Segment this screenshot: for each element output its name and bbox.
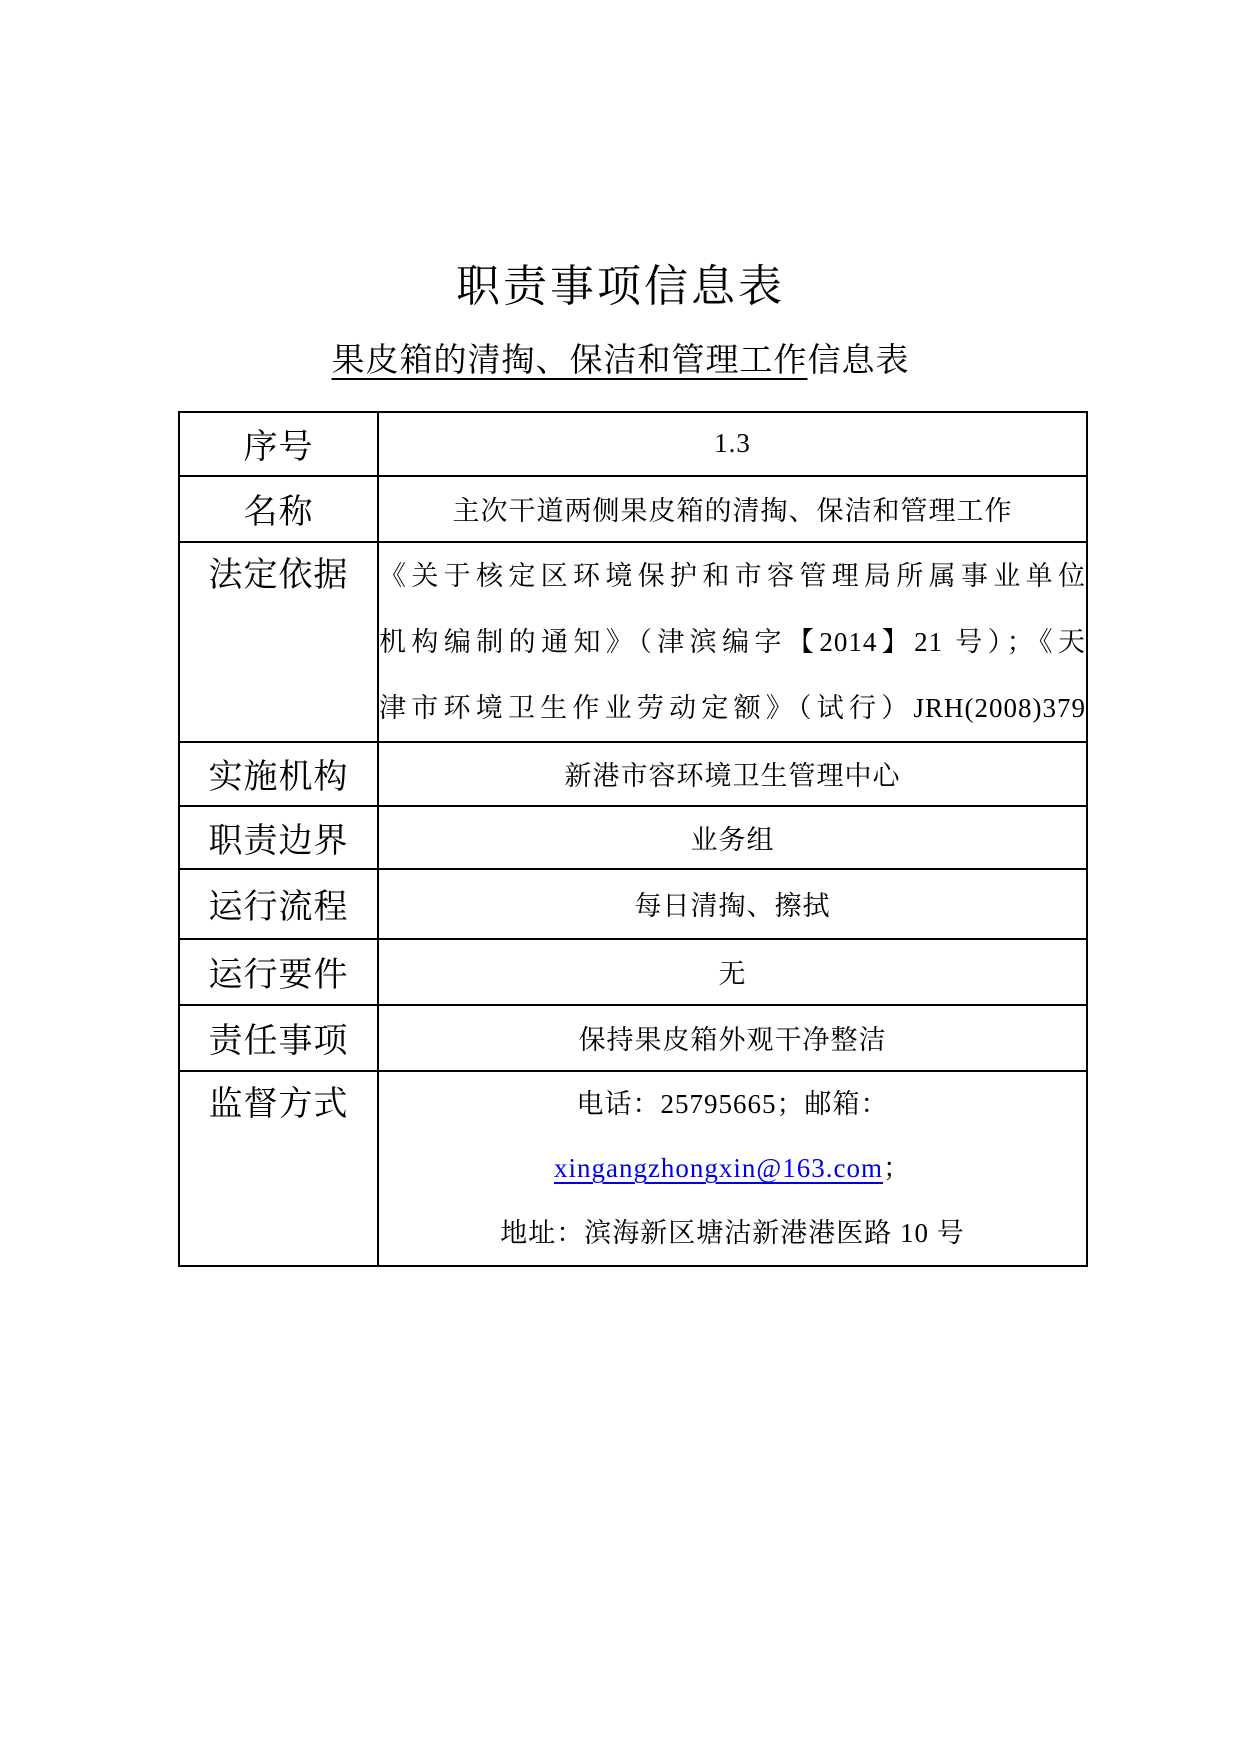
row-value-shishi: 新港市容环境卫生管理中心 (378, 742, 1087, 806)
table-row-zeren: 责任事项 保持果皮箱外观干净整洁 (179, 1005, 1087, 1071)
subtitle-underlined-part: 果皮箱的清掏、保洁和管理工作 (332, 343, 808, 379)
row-value-zhize: 业务组 (378, 806, 1087, 869)
row-label-liucheng: 运行流程 (179, 869, 378, 939)
table-row-jiandu: 监督方式 电话：25795665；邮箱： xingangzhongxin@163… (179, 1071, 1087, 1267)
row-label-zhize: 职责边界 (179, 806, 378, 869)
row-label-fading: 法定依据 (179, 542, 378, 742)
table-row-mingcheng: 名称 主次干道两侧果皮箱的清掏、保洁和管理工作 (179, 476, 1087, 542)
table-subtitle: 果皮箱的清掏、保洁和管理工作信息表 (0, 343, 1241, 381)
page-title: 职责事项信息表 (0, 0, 1241, 313)
supervision-phone-line: 电话：25795665；邮箱： (379, 1072, 1086, 1137)
row-label-mingcheng: 名称 (179, 476, 378, 542)
supervision-address-line: 地址：滨海新区塘沽新港港医路 10 号 (379, 1201, 1086, 1266)
row-value-xuhao: 1.3 (378, 412, 1087, 476)
row-label-zeren: 责任事项 (179, 1005, 378, 1071)
table-row-zhize: 职责边界 业务组 (179, 806, 1087, 869)
legal-basis-line-1: 《关于核定区环境保护和市容管理局所属事业单位 (379, 543, 1086, 609)
row-value-yaojian: 无 (378, 939, 1087, 1005)
table-row-yaojian: 运行要件 无 (179, 939, 1087, 1005)
email-link[interactable]: xingangzhongxin@163.com (554, 1153, 883, 1183)
subtitle-plain-part: 信息表 (808, 343, 910, 379)
row-label-xuhao: 序号 (179, 412, 378, 476)
row-label-jiandu: 监督方式 (179, 1071, 378, 1267)
document-page: 职责事项信息表 果皮箱的清掏、保洁和管理工作信息表 序号 1.3 名称 主次干道… (0, 0, 1241, 1754)
email-suffix: ； (883, 1153, 911, 1183)
table-row-fading: 法定依据 《关于核定区环境保护和市容管理局所属事业单位 机构编制的通知》（津滨编… (179, 542, 1087, 742)
table-row-xuhao: 序号 1.3 (179, 412, 1087, 476)
row-label-yaojian: 运行要件 (179, 939, 378, 1005)
supervision-email-line: xingangzhongxin@163.com； (379, 1136, 1086, 1201)
row-value-fading: 《关于核定区环境保护和市容管理局所属事业单位 机构编制的通知》（津滨编字【201… (378, 542, 1087, 742)
row-value-liucheng: 每日清掏、擦拭 (378, 869, 1087, 939)
row-value-jiandu: 电话：25795665；邮箱： xingangzhongxin@163.com；… (378, 1071, 1087, 1267)
legal-basis-line-2: 机构编制的通知》（津滨编字【2014】21 号）；《天 (379, 609, 1086, 675)
row-value-mingcheng: 主次干道两侧果皮箱的清掏、保洁和管理工作 (378, 476, 1087, 542)
row-value-zeren: 保持果皮箱外观干净整洁 (378, 1005, 1087, 1071)
table-row-shishi: 实施机构 新港市容环境卫生管理中心 (179, 742, 1087, 806)
legal-basis-line-3: 津市环境卫生作业劳动定额》（试行）JRH(2008)379 (379, 675, 1086, 741)
row-label-shishi: 实施机构 (179, 742, 378, 806)
info-table: 序号 1.3 名称 主次干道两侧果皮箱的清掏、保洁和管理工作 法定依据 《关于核… (178, 411, 1088, 1268)
table-row-liucheng: 运行流程 每日清掏、擦拭 (179, 869, 1087, 939)
